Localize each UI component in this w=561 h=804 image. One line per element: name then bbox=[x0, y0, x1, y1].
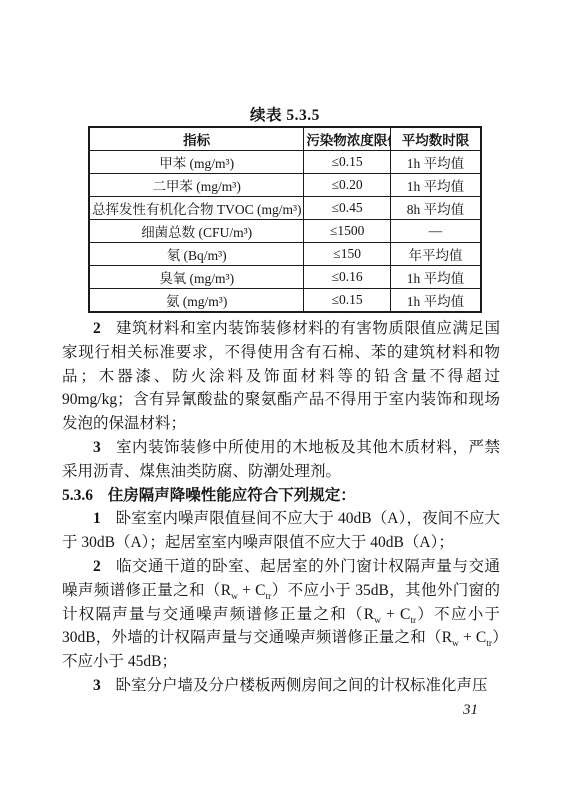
numbered-paragraph: 3卧室分户墙及分户楼板两侧房间之间的计权标准化声压 bbox=[62, 674, 500, 698]
document-page: 续表 5.3.5 指标污染物浓度限值平均数时限 甲苯 (mg/m³)≤0.151… bbox=[0, 0, 561, 804]
table-header-cell: 平均数时限 bbox=[390, 127, 481, 151]
table-cell: 细菌总数 (CFU/m³) bbox=[89, 220, 304, 243]
table-cell: ≤0.20 bbox=[304, 174, 391, 197]
table-header-cell: 污染物浓度限值 bbox=[304, 127, 391, 151]
table-row: 氡 (Bq/m³)≤150年平均值 bbox=[89, 243, 481, 266]
table-cell: 甲苯 (mg/m³) bbox=[89, 151, 304, 174]
formula-subscript: w bbox=[452, 639, 459, 649]
formula-subscript: w bbox=[231, 592, 238, 602]
paragraph-number: 2 bbox=[93, 320, 101, 337]
numbered-paragraph: 1卧室室内噪声限值昼间不应大于 40dB（A），夜间不应大于 30dB（A）；起… bbox=[62, 507, 500, 555]
table-cell: 二甲苯 (mg/m³) bbox=[89, 174, 304, 197]
table-cell: — bbox=[390, 220, 481, 243]
table-row: 指标污染物浓度限值平均数时限 bbox=[89, 127, 481, 151]
table-cell: 氡 (Bq/m³) bbox=[89, 243, 304, 266]
table-header-row: 指标污染物浓度限值平均数时限 bbox=[89, 127, 481, 151]
table-cell: 臭氧 (mg/m³) bbox=[89, 266, 304, 289]
table-row: 细菌总数 (CFU/m³)≤1500— bbox=[89, 220, 481, 243]
numbered-paragraph: 2建筑材料和室内装饰装修材料的有害物质限值应满足国家现行相关标准要求，不得使用含… bbox=[62, 317, 500, 436]
body-text: 2建筑材料和室内装饰装修材料的有害物质限值应满足国家现行相关标准要求，不得使用含… bbox=[62, 317, 500, 698]
table-header-cell: 指标 bbox=[89, 127, 304, 151]
table-body: 甲苯 (mg/m³)≤0.151h 平均值二甲苯 (mg/m³)≤0.201h … bbox=[89, 151, 481, 313]
formula-subscript: w bbox=[374, 616, 381, 626]
table-cell: ≤0.45 bbox=[304, 197, 391, 220]
section-heading: 5.3.6住房隔声降噪性能应符合下列规定： bbox=[62, 484, 500, 508]
table-row: 总挥发性有机化合物 TVOC (mg/m³)≤0.458h 平均值 bbox=[89, 197, 481, 220]
paragraph-number: 5.3.6 bbox=[62, 487, 93, 504]
table-row: 臭氧 (mg/m³)≤0.161h 平均值 bbox=[89, 266, 481, 289]
table-cell: ≤1500 bbox=[304, 220, 391, 243]
table-row: 二甲苯 (mg/m³)≤0.201h 平均值 bbox=[89, 174, 481, 197]
pollutant-limits-table: 指标污染物浓度限值平均数时限 甲苯 (mg/m³)≤0.151h 平均值二甲苯 … bbox=[88, 126, 482, 313]
numbered-paragraph: 3室内装饰装修中所使用的木地板及其他木质材料，严禁采用沥青、煤焦油类防腐、防潮处… bbox=[62, 436, 500, 484]
table-cell: ≤0.15 bbox=[304, 151, 391, 174]
table-cell: ≤150 bbox=[304, 243, 391, 266]
table-cell: ≤0.16 bbox=[304, 266, 391, 289]
table-cell: 8h 平均值 bbox=[390, 197, 481, 220]
paragraph-number: 1 bbox=[93, 510, 101, 527]
table-row: 甲苯 (mg/m³)≤0.151h 平均值 bbox=[89, 151, 481, 174]
formula-subscript: tr bbox=[410, 616, 416, 626]
table-cell: 1h 平均值 bbox=[390, 266, 481, 289]
paragraph-number: 2 bbox=[93, 558, 101, 575]
table-row: 氨 (mg/m³)≤0.151h 平均值 bbox=[89, 289, 481, 313]
page-number: 31 bbox=[398, 702, 478, 719]
table-cell: 1h 平均值 bbox=[390, 174, 481, 197]
paragraph-number: 3 bbox=[93, 677, 101, 694]
table-title: 续表 5.3.5 bbox=[88, 103, 482, 125]
paragraph-number: 3 bbox=[93, 439, 101, 456]
table-cell: 1h 平均值 bbox=[390, 151, 481, 174]
formula-subscript: tr bbox=[486, 639, 492, 649]
table-cell: ≤0.15 bbox=[304, 289, 391, 313]
table-cell: 年平均值 bbox=[390, 243, 481, 266]
numbered-paragraph: 2临交通干道的卧室、起居室的外门窗计权隔声量与交通噪声频谱修正量之和（Rw + … bbox=[62, 555, 500, 674]
table-cell: 总挥发性有机化合物 TVOC (mg/m³) bbox=[89, 197, 304, 220]
table-cell: 氨 (mg/m³) bbox=[89, 289, 304, 313]
table-cell: 1h 平均值 bbox=[390, 289, 481, 313]
formula-subscript: tr bbox=[266, 592, 272, 602]
